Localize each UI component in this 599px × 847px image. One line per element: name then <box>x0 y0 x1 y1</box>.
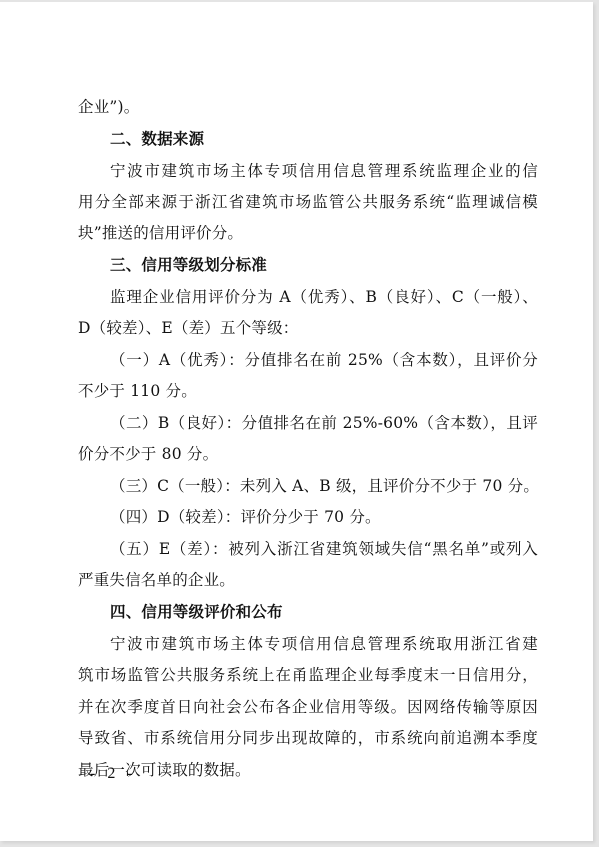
text-line: 块”推送的信用评价分。 <box>78 223 538 243</box>
text-line: 价分不少于 80 分。 <box>78 444 538 464</box>
section-heading-grading-standard: 三、信用等级划分标准 <box>110 255 570 275</box>
grade-d-line: （四）D（较差）：评价分少于 70 分。 <box>110 507 570 527</box>
grade-c-line: （三）C（一般）：未列入 A、B 级，且评价分不少于 70 分。 <box>110 476 538 496</box>
text-line: 严重失信名单的企业。 <box>78 570 538 590</box>
section-heading-data-source: 二、数据来源 <box>110 129 570 149</box>
text-line: 最后一次可读取的数据。 <box>78 760 538 780</box>
text-line: 导致省、市系统信用分同步出现故障的，市系统向前追溯本季度 <box>78 728 538 748</box>
page-number: - 2 - <box>90 765 137 783</box>
text-line: 用分全部来源于浙江省建筑市场监管公共服务系统“监理诚信模 <box>78 192 538 212</box>
text-line: D（较差）、E（差）五个等级： <box>78 318 538 338</box>
text-line: 监理企业信用评价分为 A（优秀）、B（良好）、C（一般）、 <box>110 287 538 307</box>
text-line: 不少于 110 分。 <box>78 381 538 401</box>
text-line: 宁波市建筑市场主体专项信用信息管理系统监理企业的信 <box>110 161 538 181</box>
document-page: 企业”)。 二、数据来源 宁波市建筑市场主体专项信用信息管理系统监理企业的信 用… <box>0 2 593 841</box>
text-line: 宁波市建筑市场主体专项信用信息管理系统取用浙江省建 <box>110 634 538 654</box>
grade-e-line: （五）E（差）：被列入浙江省建筑领域失信“黑名单”或列入 <box>110 539 538 559</box>
text-line: 并在次季度首日向社会公布各企业信用等级。因网络传输等原因 <box>78 697 538 717</box>
text-line: 筑市场监管公共服务系统上在甬监理企业每季度末一日信用分， <box>78 665 538 685</box>
grade-a-line: （一）A（优秀）：分值排名在前 25%（含本数），且评价分 <box>110 350 538 370</box>
section-heading-evaluation-publication: 四、信用等级评价和公布 <box>110 602 570 622</box>
text-line: 企业”)。 <box>78 97 538 117</box>
grade-b-line: （二）B（良好）：分值排名在前 25%-60%（含本数），且评 <box>110 413 538 433</box>
